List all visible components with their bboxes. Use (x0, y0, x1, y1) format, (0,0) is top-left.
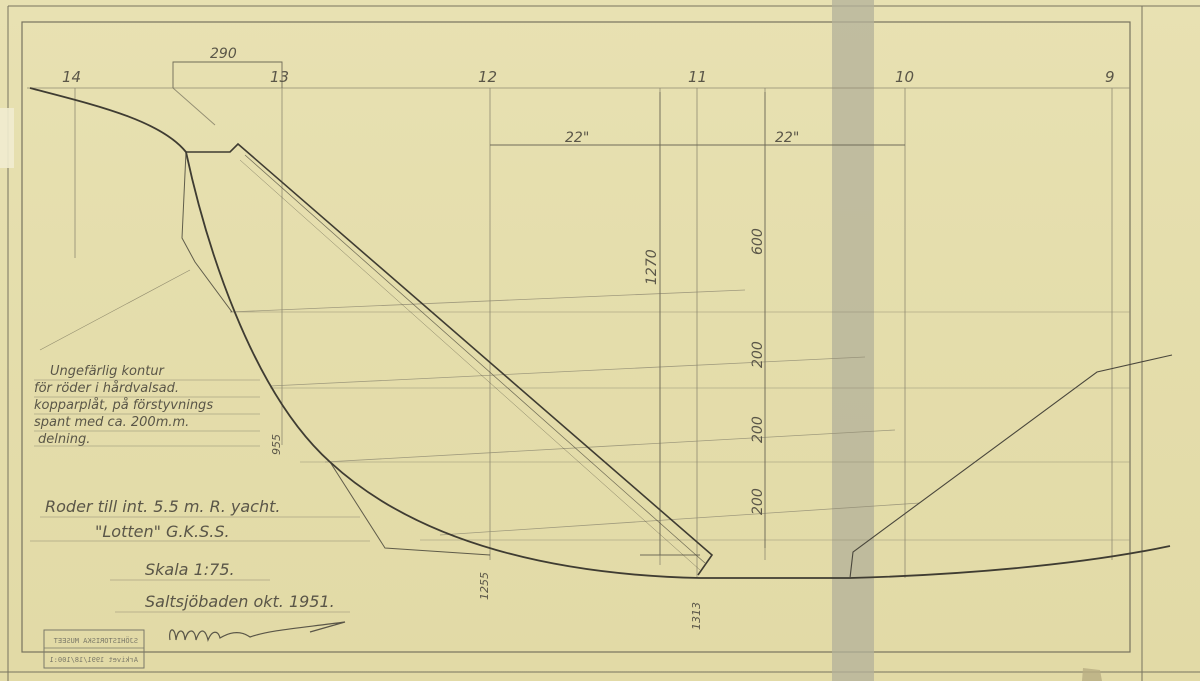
frame-label-14: 14 (62, 68, 81, 86)
dim-vertical-seg-2: 200 (750, 416, 766, 443)
note-line-5: delning. (38, 432, 90, 447)
frame-label-13: 13 (270, 68, 289, 86)
tape-mark (1082, 668, 1102, 681)
note-line-3: kopparplåt, på förstyvnings (34, 398, 213, 413)
dim-vertical-seg-1: 200 (750, 341, 766, 368)
dim-spacing-left: 22" (565, 130, 589, 146)
dim-vertical-upper: 600 (750, 228, 766, 255)
note-line-4: spant med ca. 200m.m. (34, 415, 189, 430)
skeg-line (850, 355, 1172, 578)
title-scale: Skala 1:75. (145, 560, 235, 579)
museum-stamp: SJÖHISTORISKA MUSEET Arkivet 1991/18/100… (44, 630, 144, 668)
title-block: Roder till int. 5.5 m. R. yacht. "Lotten… (30, 497, 370, 640)
frame-label-11: 11 (688, 68, 707, 86)
frame-label-10: 10 (895, 68, 914, 86)
dim-vertical-seg-3: 200 (750, 488, 766, 515)
title-line-1: Roder till int. 5.5 m. R. yacht. (45, 497, 280, 516)
dim-top-span: 290 (210, 46, 237, 62)
construction-note: Ungefärlig kontur för röder i hårdvalsad… (34, 364, 260, 447)
frame-label-9: 9 (1105, 68, 1115, 86)
title-place-date: Saltsjöbaden okt. 1951. (145, 592, 335, 611)
frame-label-12: 12 (478, 68, 497, 86)
dim-left-depth: 955 (270, 434, 283, 455)
dim-spacing-right: 22" (775, 130, 799, 146)
note-line-2: för röder i hårdvalsad. (34, 381, 179, 396)
technical-drawing-sheet: 14 13 12 11 10 9 290 22" 22" 1270 600 20… (0, 0, 1200, 681)
dim-bottom-depth-11: 1313 (690, 602, 703, 630)
dimension-labels: 290 22" 22" 1270 600 200 200 200 955 125… (210, 46, 799, 630)
stamp-line-1: SJÖHISTORISKA MUSEET (53, 636, 138, 645)
note-line-1: Ungefärlig kontur (50, 364, 166, 379)
frame-labels: 14 13 12 11 10 9 (62, 68, 1115, 86)
dim-bottom-depth-12: 1255 (478, 572, 491, 600)
left-edge-paper-strip (0, 108, 14, 168)
rudder-drawing: 14 13 12 11 10 9 290 22" 22" 1270 600 20… (0, 0, 1200, 681)
dim-vertical-total: 1270 (644, 249, 660, 285)
signature-icon (170, 622, 345, 640)
stamp-line-2: Arkivet 1991/18/100:1 (49, 656, 138, 664)
title-line-2: "Lotten" G.K.S.S. (95, 522, 230, 541)
